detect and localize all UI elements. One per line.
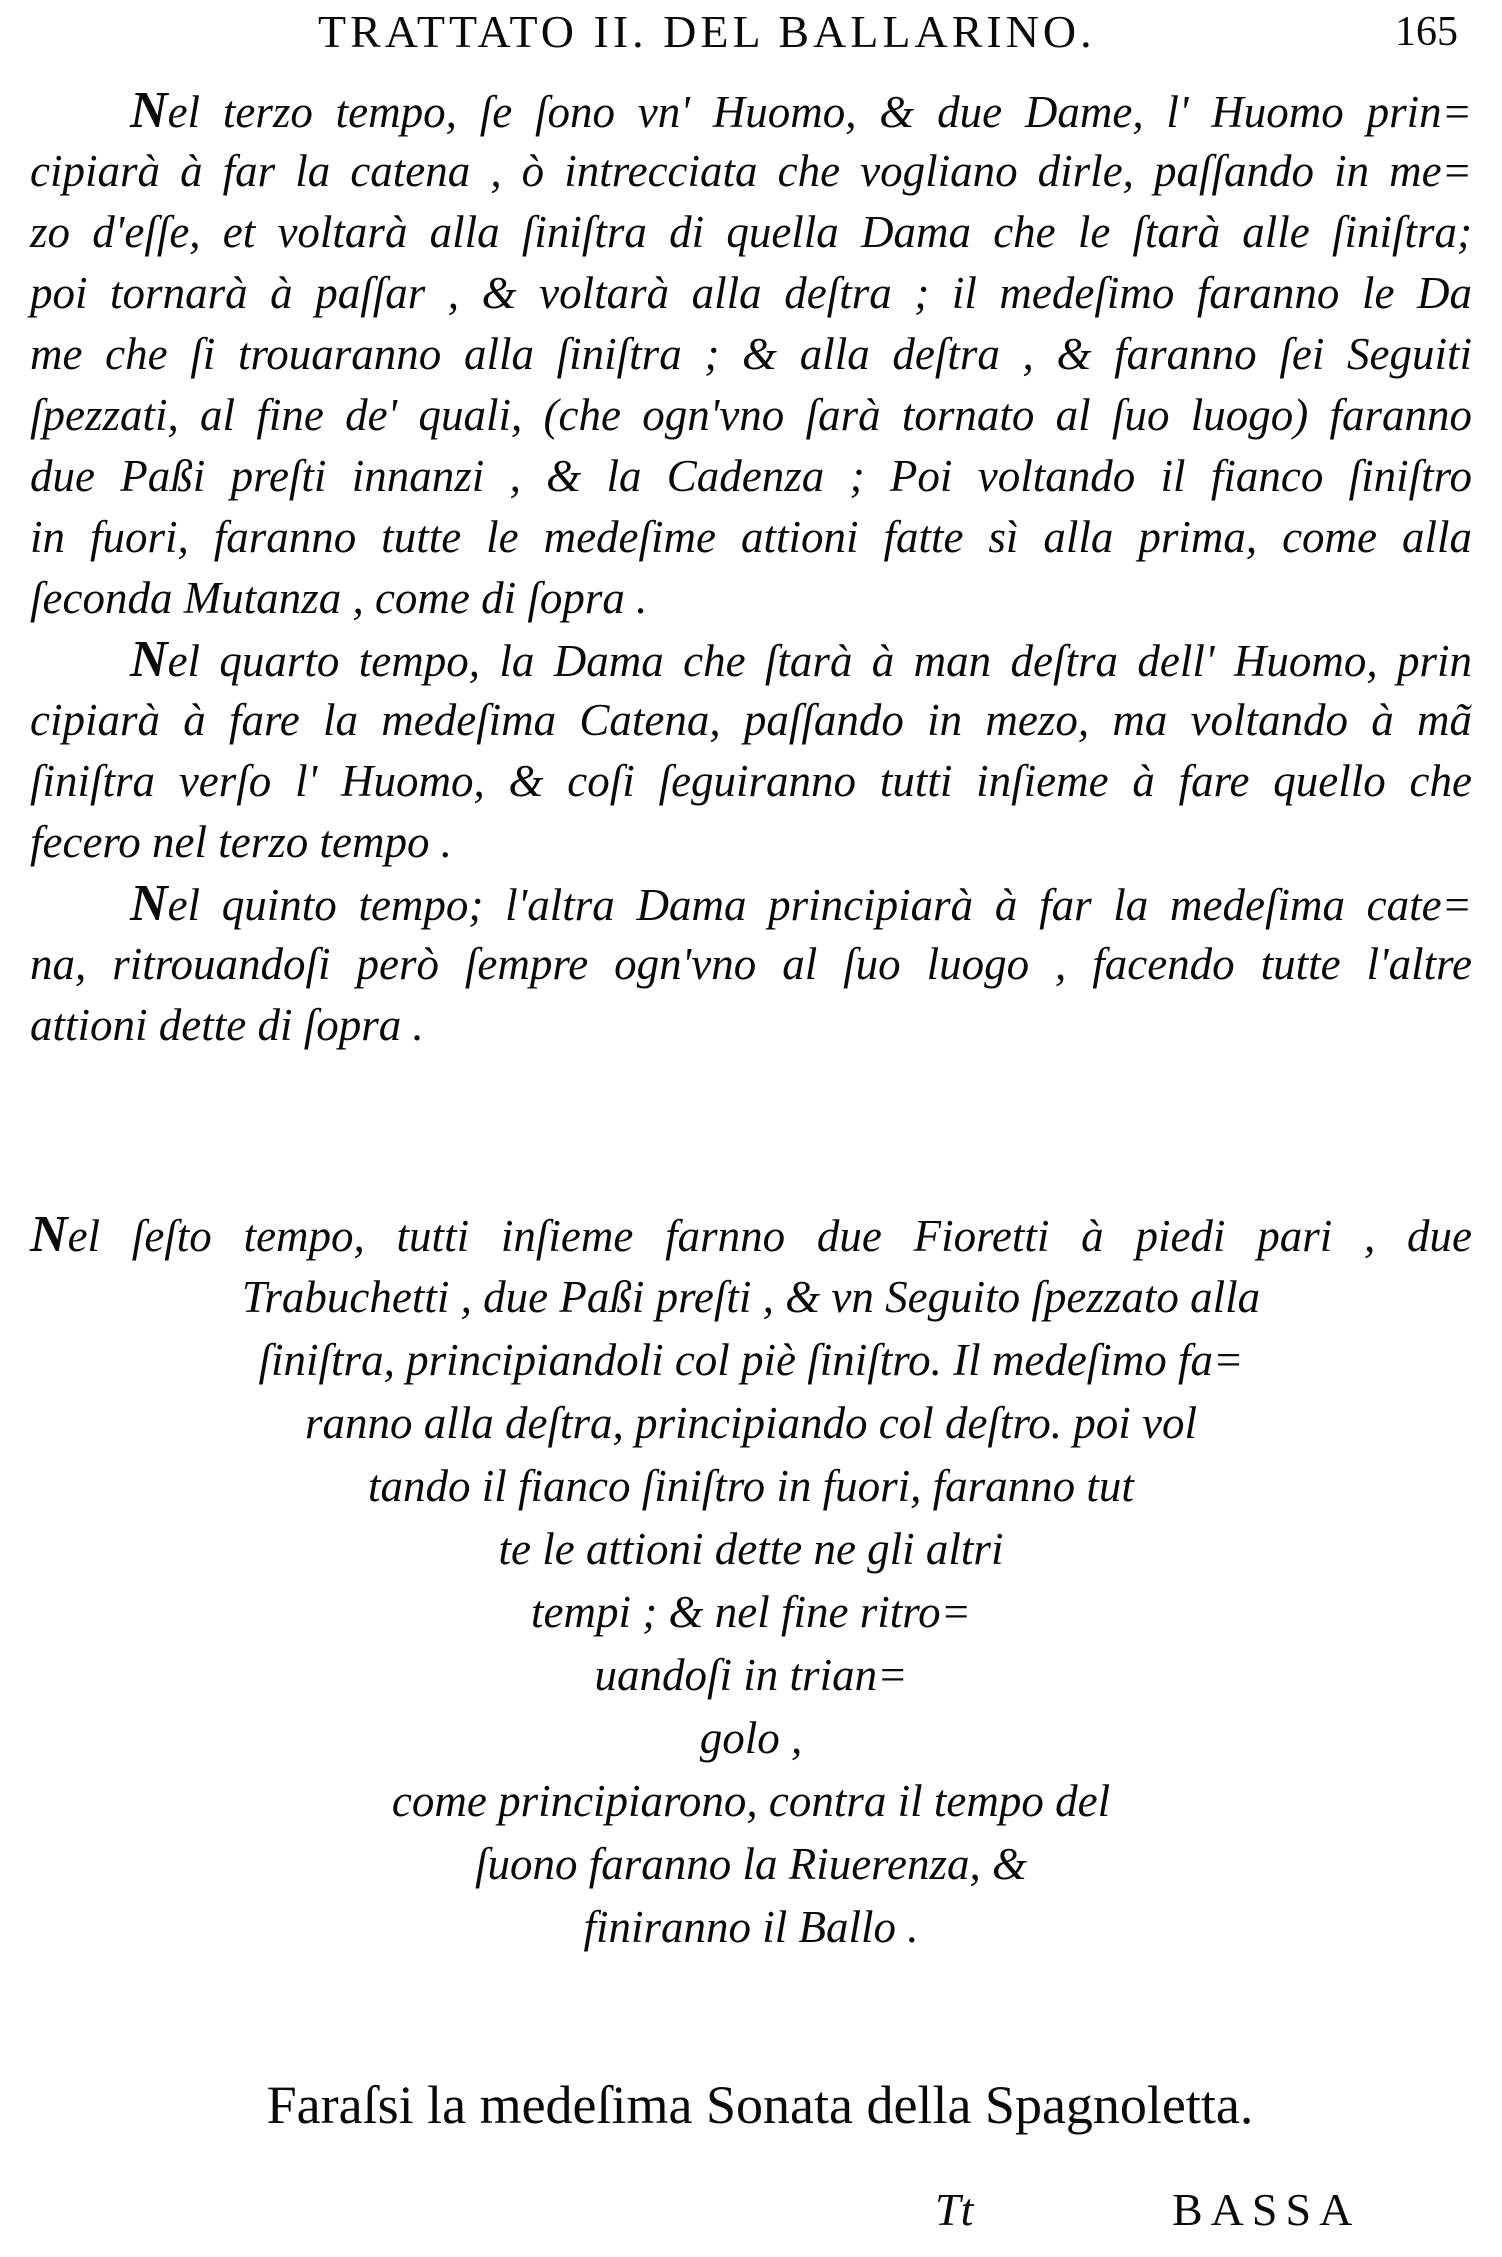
text-line: zo d'eſſe, et voltarà alla ſiniſtra di q… bbox=[30, 202, 1472, 263]
body-text: Nel terzo tempo, ſe ſono vn' Huomo, & du… bbox=[30, 80, 1472, 1056]
text-line: fecero nel terzo tempo . bbox=[30, 812, 1472, 873]
text-line: Nel quinto tempo; l'altra Dama principia… bbox=[30, 873, 1472, 934]
page-number: 165 bbox=[1395, 2, 1458, 62]
drop-initial: N bbox=[130, 875, 168, 932]
text-line: ſiniſtra, principiandoli col piè ſiniſtr… bbox=[0, 1329, 1502, 1392]
text-line: Nel terzo tempo, ſe ſono vn' Huomo, & du… bbox=[30, 80, 1472, 141]
text-line: due Paßi preſti innanzi , & la Cadenza ;… bbox=[30, 446, 1472, 507]
text-line: attioni dette di ſopra . bbox=[30, 995, 1472, 1056]
running-title: TRATTATO II. DEL BALLARINO. bbox=[318, 2, 1096, 62]
text-line: ranno alla deſtra, principiando col deſt… bbox=[0, 1392, 1502, 1455]
text-line: Trabuchetti , due Paßi preſti , & vn Seg… bbox=[0, 1266, 1502, 1329]
drop-initial: N bbox=[30, 1206, 68, 1263]
text-line: te le attioni dette ne gli altri bbox=[0, 1518, 1502, 1581]
text-line: golo , bbox=[0, 1707, 1502, 1770]
paragraph-sesto-tempo: Nel ſeſto tempo, tutti inſieme farnno du… bbox=[0, 1203, 1502, 1959]
text-line: cipiarà à far la catena , ò intrecciata … bbox=[30, 141, 1472, 202]
text-line: ſeconda Mutanza , come di ſopra . bbox=[30, 568, 1472, 629]
text-line: cipiarà à fare la medeſima Catena, paſſa… bbox=[30, 690, 1472, 751]
drop-initial: N bbox=[130, 631, 168, 688]
text-line: finiranno il Ballo . bbox=[0, 1896, 1502, 1959]
catchword: BASSA bbox=[1172, 2170, 1360, 2250]
page-header: TRATTATO II. DEL BALLARINO. 165 bbox=[0, 2, 1502, 62]
paragraph-quinto-tempo: Nel quinto tempo; l'altra Dama principia… bbox=[30, 873, 1472, 1056]
text-line: ſpezzati, al fine de' quali, (che ogn'vn… bbox=[30, 385, 1472, 446]
page-footer: Tt BASSA bbox=[0, 2170, 1502, 2250]
text-line: tempi ; & nel fine ritro= bbox=[0, 1581, 1502, 1644]
text-line: Nel quarto tempo, la Dama che ſtarà à ma… bbox=[30, 629, 1472, 690]
paragraph-quarto-tempo: Nel quarto tempo, la Dama che ſtarà à ma… bbox=[30, 629, 1472, 873]
signature-mark: Tt bbox=[935, 2170, 973, 2250]
text-line: uandoſi in trian= bbox=[0, 1644, 1502, 1707]
text-line: na, ritrouandoſi però ſempre ogn'vno al … bbox=[30, 934, 1472, 995]
text-line: ſuono faranno la Riuerenza, & bbox=[0, 1833, 1502, 1896]
text-line: poi tornarà à paſſar , & voltarà alla de… bbox=[30, 263, 1472, 324]
sonata-heading: Faraſsi la medeſima Sonata della Spagnol… bbox=[140, 2065, 1380, 2145]
text-line: come principiarono, contra il tempo del bbox=[0, 1770, 1502, 1833]
paragraph-terzo-tempo: Nel terzo tempo, ſe ſono vn' Huomo, & du… bbox=[30, 80, 1472, 629]
text-line: ſiniſtra verſo l' Huomo, & coſi ſeguiran… bbox=[30, 751, 1472, 812]
text-line: me che ſi trouaranno alla ſiniſtra ; & a… bbox=[30, 324, 1472, 385]
text-line: tando il fianco ſiniſtro in fuori, faran… bbox=[0, 1455, 1502, 1518]
text-line: in fuori, faranno tutte le medeſime atti… bbox=[30, 507, 1472, 568]
drop-initial: N bbox=[130, 82, 168, 139]
text-line: Nel ſeſto tempo, tutti inſieme farnno du… bbox=[0, 1203, 1502, 1266]
